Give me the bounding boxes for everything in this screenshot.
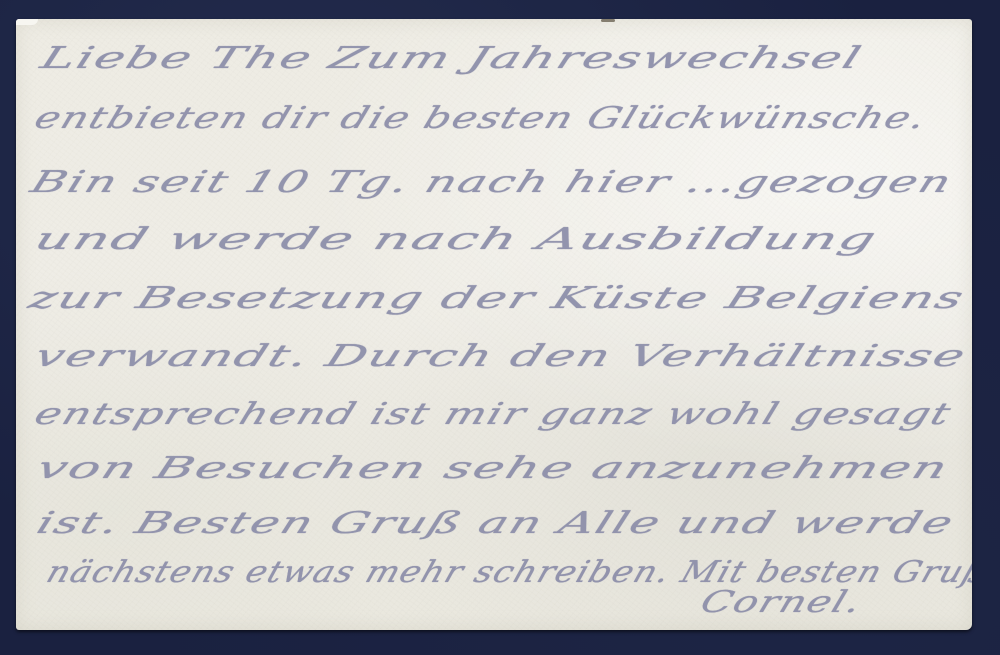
handwriting-line: zur Besetzung der Küste Belgiens — [24, 281, 969, 316]
handwriting-line: entbieten dir die besten Glückwünsche. — [30, 101, 931, 136]
torn-corner — [16, 19, 38, 25]
handwriting-line: und werde nach Ausbildung — [30, 222, 882, 257]
handwriting-line: Bin seit 10 Tg. nach hier ...gezogen — [26, 165, 957, 200]
handwriting-line: von Besuchen sehe anzunehmen — [32, 451, 954, 486]
postcard: Liebe The Zum Jahreswechsel entbieten di… — [16, 19, 972, 630]
handwriting-line: entsprechend ist mir ganz wohl gesagt — [30, 397, 956, 432]
paper-speck — [601, 19, 615, 22]
signature: Cornel. — [696, 585, 867, 620]
handwriting-line: Liebe The Zum Jahreswechsel — [36, 41, 867, 76]
handwriting-line: ist. Besten Gruß an Alle und werde — [32, 506, 959, 541]
handwriting-line: verwandt. Durch den Verhältnisse — [30, 339, 971, 374]
